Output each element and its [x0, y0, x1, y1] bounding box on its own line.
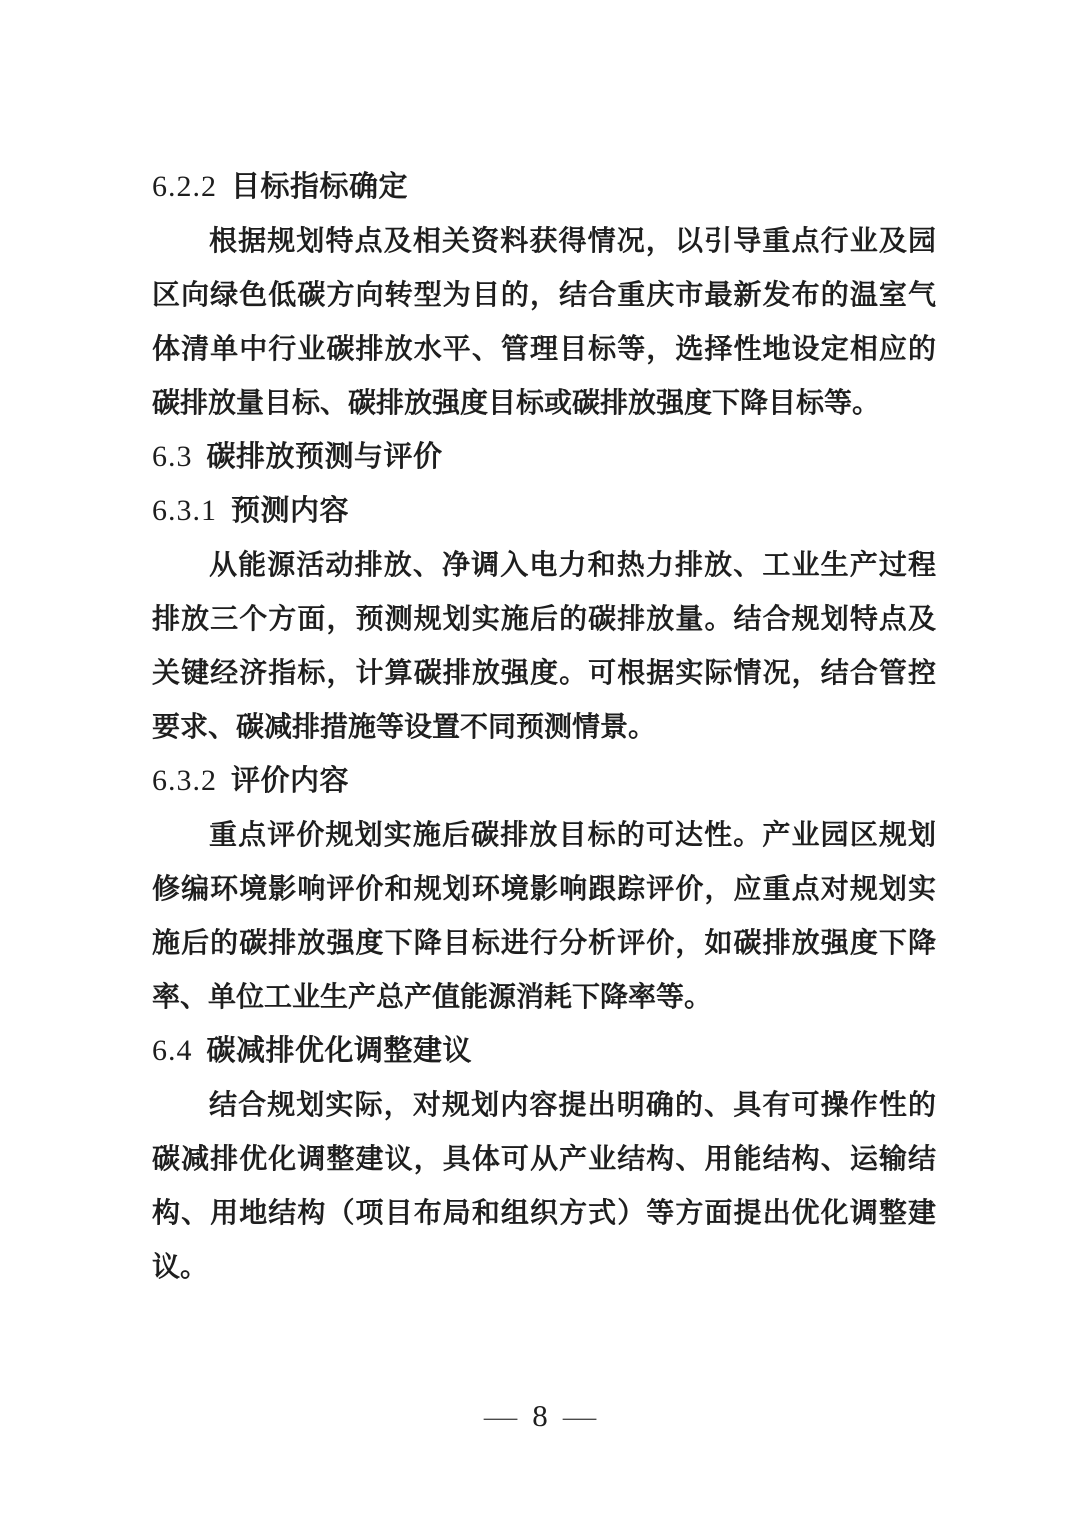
- paragraph-line: 关键经济指标，计算碳排放强度。可根据实际情况，结合管控: [152, 646, 936, 700]
- paragraph-line: 结合规划实际，对规划内容提出明确的、具有可操作性的: [152, 1078, 936, 1132]
- section-number: 6.3.2: [152, 764, 217, 797]
- page-footer: —8—: [0, 1396, 1080, 1437]
- section-title: 评价内容: [231, 765, 349, 797]
- footer-dash-right: —: [563, 1397, 596, 1437]
- paragraph-line: 根据规划特点及相关资料获得情况，以引导重点行业及园: [152, 214, 936, 268]
- section-number: 6.3: [152, 440, 193, 473]
- paragraph-line: 议。: [152, 1240, 936, 1294]
- section-number: 6.2.2: [152, 170, 217, 203]
- section-title: 碳减排优化调整建议: [207, 1035, 473, 1067]
- section-title: 预测内容: [231, 495, 349, 527]
- section-heading: 6.2.2目标指标确定: [152, 160, 936, 214]
- paragraph-line: 施后的碳排放强度下降目标进行分析评价，如碳排放强度下降: [152, 916, 936, 970]
- paragraph-line: 要求、碳减排措施等设置不同预测情景。: [152, 700, 936, 754]
- paragraph: 从能源活动排放、净调入电力和热力排放、工业生产过程排放三个方面，预测规划实施后的…: [152, 538, 936, 754]
- paragraph-line: 排放三个方面，预测规划实施后的碳排放量。结合规划特点及: [152, 592, 936, 646]
- section-heading: 6.3.1预测内容: [152, 484, 936, 538]
- document-page: { "document": { "sections": [ { "type": …: [0, 0, 1080, 1527]
- paragraph-line: 碳减排优化调整建议，具体可从产业结构、用能结构、运输结: [152, 1132, 936, 1186]
- paragraph-line: 率、单位工业生产总产值能源消耗下降率等。: [152, 970, 936, 1024]
- paragraph-line: 重点评价规划实施后碳排放目标的可达性。产业园区规划: [152, 808, 936, 862]
- paragraph: 根据规划特点及相关资料获得情况，以引导重点行业及园区向绿色低碳方向转型为目的，结…: [152, 214, 936, 430]
- section-number: 6.4: [152, 1034, 193, 1067]
- section-heading: 6.3.2评价内容: [152, 754, 936, 808]
- paragraph-line: 区向绿色低碳方向转型为目的，结合重庆市最新发布的温室气: [152, 268, 936, 322]
- section-number: 6.3.1: [152, 494, 217, 527]
- paragraph-line: 修编环境影响评价和规划环境影响跟踪评价，应重点对规划实: [152, 862, 936, 916]
- paragraph-line: 从能源活动排放、净调入电力和热力排放、工业生产过程: [152, 538, 936, 592]
- section-title: 目标指标确定: [231, 171, 408, 203]
- section-heading: 6.4碳减排优化调整建议: [152, 1024, 936, 1078]
- footer-dash-left: —: [484, 1397, 517, 1437]
- paragraph: 结合规划实际，对规划内容提出明确的、具有可操作性的碳减排优化调整建议，具体可从产…: [152, 1078, 936, 1294]
- paragraph: 重点评价规划实施后碳排放目标的可达性。产业园区规划修编环境影响评价和规划环境影响…: [152, 808, 936, 1024]
- content-column: 6.2.2目标指标确定根据规划特点及相关资料获得情况，以引导重点行业及园区向绿色…: [152, 160, 936, 1294]
- page-number: 8: [532, 1398, 548, 1433]
- section-heading: 6.3碳排放预测与评价: [152, 430, 936, 484]
- paragraph-line: 构、用地结构（项目布局和组织方式）等方面提出优化调整建: [152, 1186, 936, 1240]
- paragraph-line: 碳排放量目标、碳排放强度目标或碳排放强度下降目标等。: [152, 376, 936, 430]
- section-title: 碳排放预测与评价: [207, 441, 443, 473]
- paragraph-line: 体清单中行业碳排放水平、管理目标等，选择性地设定相应的: [152, 322, 936, 376]
